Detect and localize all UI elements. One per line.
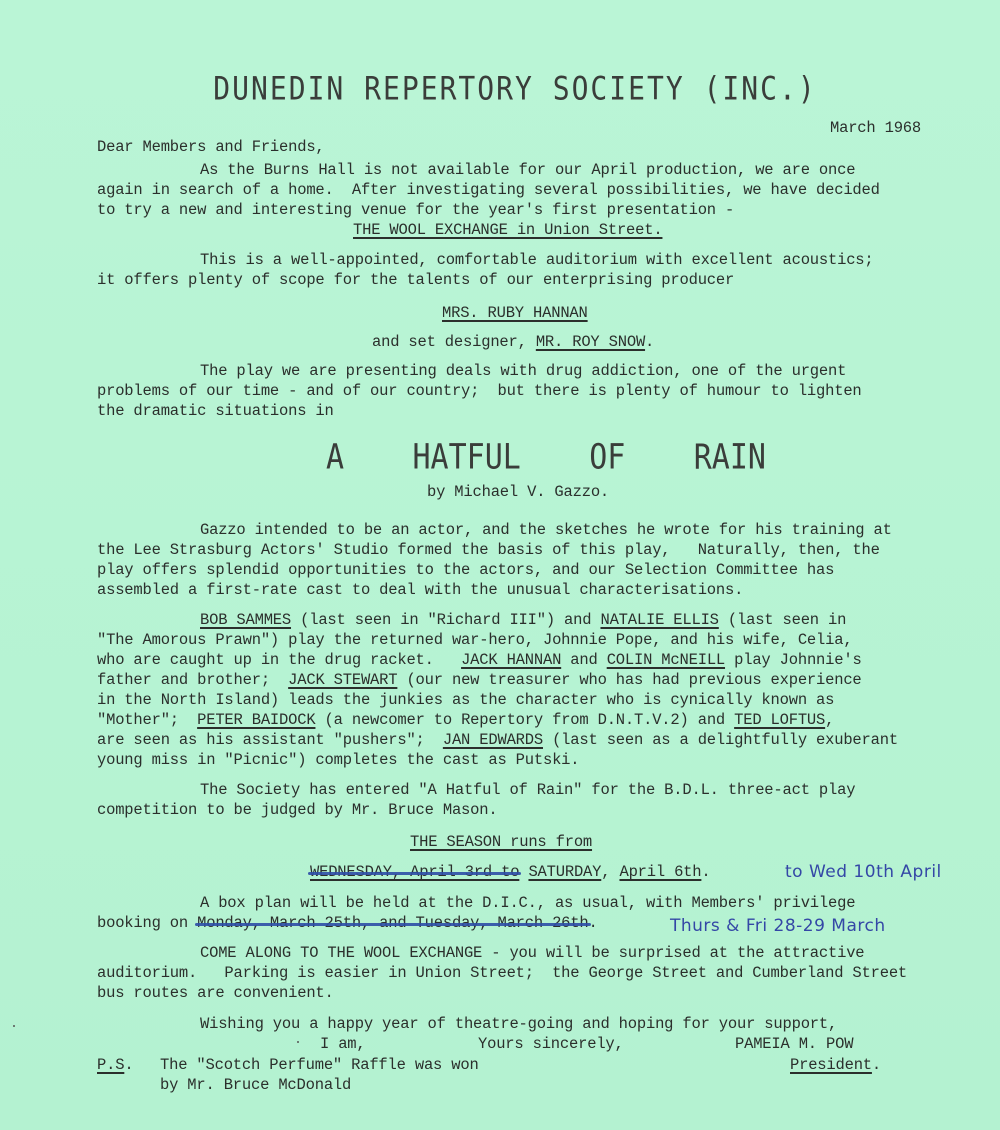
para4-line: play offers splendid opportunities to th… [97,560,834,580]
paper-speck [13,1025,15,1027]
actor-jack-hannan: JACK HANNAN [461,651,561,669]
signer-name: PAMEIA M. POW [735,1034,853,1054]
cast-line: who are caught up in the drug racket. JA… [97,650,862,670]
booking-line: A box plan will be held at the D.I.C., a… [200,893,855,913]
handwritten-season-extension: to Wed 10th April [785,862,942,882]
letter-page: DUNEDIN REPERTORY SOCIETY (INC.) March 1… [0,0,1000,1130]
ps-line: The "Scotch Perfume" Raffle was won [160,1055,479,1075]
para6-line: competition to be judged by Mr. Bruce Ma… [97,800,497,820]
closing-i-am: I am, [320,1034,366,1054]
producer-name: MRS. RUBY HANNAN [442,303,588,323]
para6-line: The Society has entered "A Hatful of Rai… [200,780,855,800]
season-heading: THE SEASON runs from [410,832,592,852]
closing-yours: Yours sincerely, [478,1034,624,1054]
actor-bob-sammes: BOB SAMMES [200,611,291,629]
designer-line: and set designer, MR. ROY SNOW. [372,332,654,352]
actor-peter-baidock: PETER BAIDOCK [197,711,315,729]
cast-line: young miss in "Picnic") completes the ca… [97,750,579,770]
cast-line: "The Amorous Prawn") play the returned w… [97,630,852,650]
para8-line: bus routes are convenient. [97,983,334,1003]
struck-booking-dates: Monday, March 25th, and Tuesday, March 2… [197,914,588,932]
signer-role: President. [790,1055,881,1075]
booking-line: booking on Monday, March 25th, and Tuesd… [97,913,598,933]
para3-line: the dramatic situations in [97,401,334,421]
ps-label: P.S. [97,1055,133,1075]
para4-line: assembled a first-rate cast to deal with… [97,580,743,600]
salutation: Dear Members and Friends, [97,137,325,157]
ps-line: by Mr. Bruce McDonald [160,1075,351,1095]
actor-colin-mcneill: COLIN McNEILL [607,651,725,669]
actor-jack-stewart: JACK STEWART [288,671,397,689]
para1-line: again in search of a home. After investi… [97,180,880,200]
play-title: A HATFUL OF RAIN [326,437,766,477]
struck-start-date: WEDNESDAY, April 3rd to [310,863,519,881]
actor-jan-edwards: JAN EDWARDS [443,731,543,749]
para1-line: As the Burns Hall is not available for o… [200,160,855,180]
cast-line: father and brother; JACK STEWART (our ne… [97,670,862,690]
para4-line: Gazzo intended to be an actor, and the s… [200,520,892,540]
cast-line: in the North Island) leads the junkies a… [97,690,834,710]
letter-date: March 1968 [830,118,921,138]
para3-line: problems of our time - and of our countr… [97,381,862,401]
actor-natalie-ellis: NATALIE ELLIS [600,611,718,629]
para2-line: This is a well-appointed, comfortable au… [200,250,874,270]
cast-line: are seen as his assistant "pushers"; JAN… [97,730,898,750]
venue-name: THE WOOL EXCHANGE in Union Street. [353,220,662,240]
para8-line: auditorium. Parking is easier in Union S… [97,963,907,983]
para4-line: the Lee Strasburg Actors' Studio formed … [97,540,880,560]
actor-ted-loftus: TED LOFTUS [734,711,825,729]
para8-line: COME ALONG TO THE WOOL EXCHANGE - you wi… [200,943,864,963]
cast-line: "Mother"; PETER BAIDOCK (a newcomer to R… [97,710,834,730]
para1-line: to try a new and interesting venue for t… [97,200,734,220]
paper-speck [297,1041,299,1043]
handwritten-booking-dates: Thurs & Fri 28-29 March [670,916,886,936]
cast-line: BOB SAMMES (last seen in "Richard III") … [200,610,846,630]
closing-wish: Wishing you a happy year of theatre-goin… [200,1014,837,1034]
play-author: by Michael V. Gazzo. [427,482,609,502]
para3-line: The play we are presenting deals with dr… [200,361,846,381]
para2-line: it offers plenty of scope for the talent… [97,270,734,290]
season-dates: WEDNESDAY, April 3rd to SATURDAY, April … [310,862,711,882]
letterhead: DUNEDIN REPERTORY SOCIETY (INC.) [0,70,1000,108]
designer-name: MR. ROY SNOW [536,333,645,351]
